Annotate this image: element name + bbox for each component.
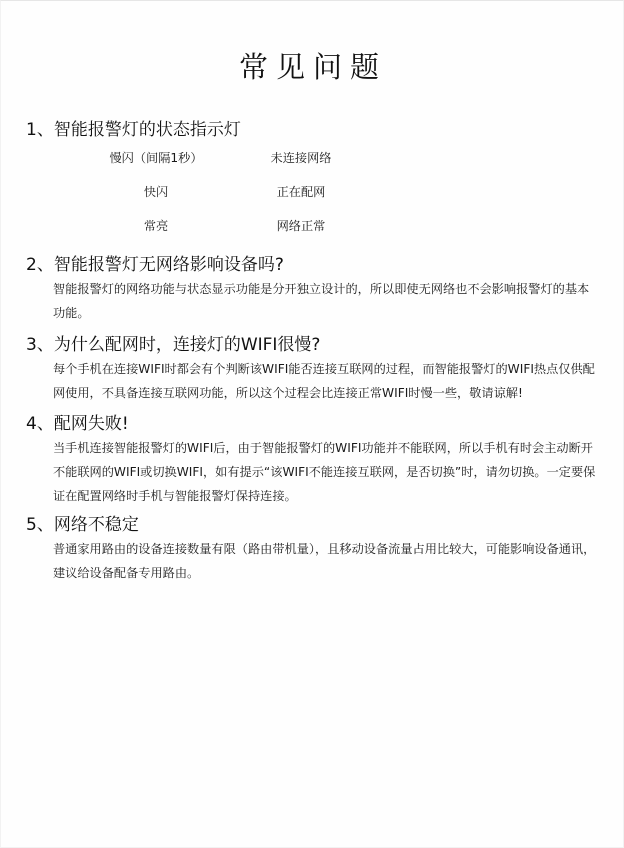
faq-question-5: 5、网络不稳定 [26,510,139,535]
status-pattern: 常亮 [101,217,211,234]
status-pattern: 慢闪（间隔1秒） [101,149,211,166]
faq-answer-5: 普通家用路由的设备连接数量有限（路由带机量），且移动设备流量占用比较大，可能影响… [53,537,601,585]
faq-answer-4: 当手机连接智能报警灯的WIFI后，由于智能报警灯的WIFI功能并不能联网，所以手… [53,436,601,508]
status-row: 慢闪（间隔1秒） 未连接网络 [101,149,361,183]
status-meaning: 网络正常 [251,217,351,234]
status-pattern: 快闪 [101,183,211,200]
faq-question-4: 4、配网失败! [26,409,129,434]
status-indicator-table: 慢闪（间隔1秒） 未连接网络 快闪 正在配网 常亮 网络正常 [101,149,361,251]
faq-answer-2: 智能报警灯的网络功能与状态显示功能是分开独立设计的，所以即使无网络也不会影响报警… [53,277,601,325]
faq-question-1: 1、智能报警灯的状态指示灯 [26,115,241,140]
faq-question-2: 2、智能报警灯无网络影响设备吗? [26,250,284,275]
faq-question-3: 3、为什么配网时，连接灯的WIFI很慢? [26,330,320,355]
status-row: 快闪 正在配网 [101,183,361,217]
document-page: 常见问题 1、智能报警灯的状态指示灯 慢闪（间隔1秒） 未连接网络 快闪 正在配… [0,0,624,848]
page-title: 常见问题 [1,45,624,86]
status-meaning: 未连接网络 [251,149,351,166]
status-meaning: 正在配网 [251,183,351,200]
faq-answer-3: 每个手机在连接WIFI时都会有个判断该WIFI能否连接互联网的过程，而智能报警灯… [53,357,601,405]
status-row: 常亮 网络正常 [101,217,361,251]
